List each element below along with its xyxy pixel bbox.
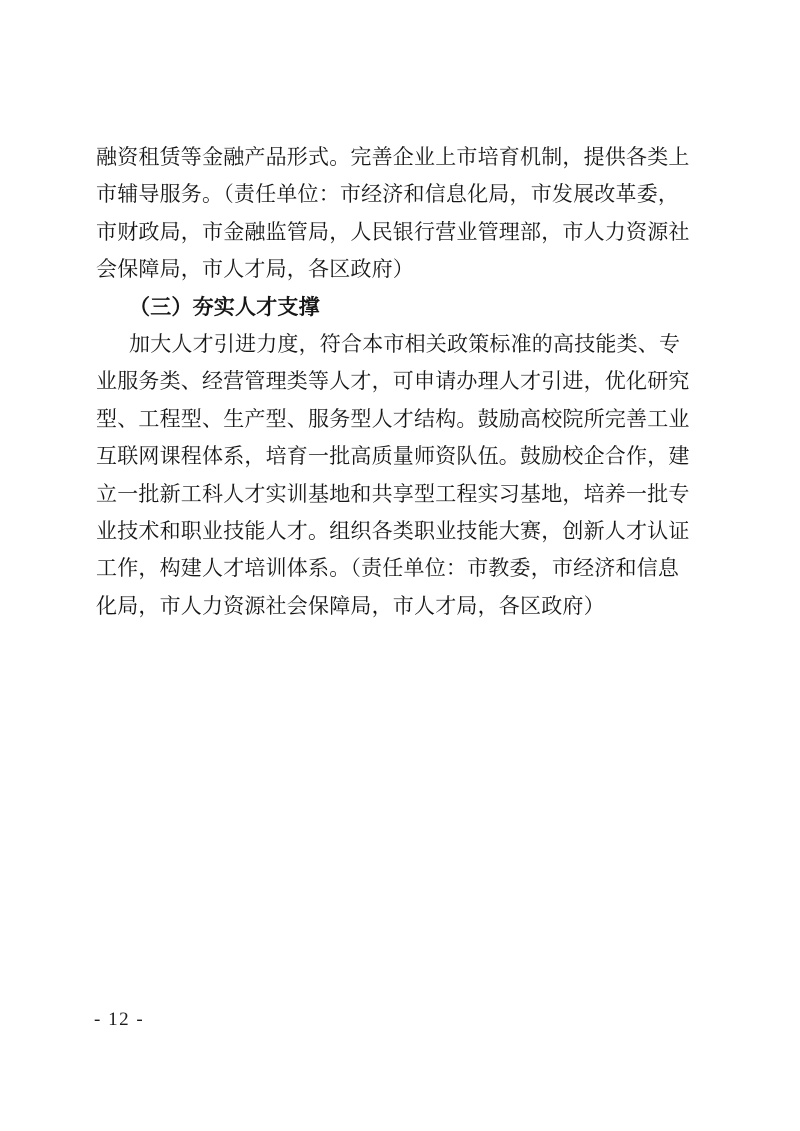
text-line: 市辅导服务。（责任单位：市经济和信息化局，市发展改革委，: [96, 176, 702, 213]
text-line: 化局，市人力资源社会保障局，市人才局，各区政府）: [96, 588, 702, 625]
text-line: 型、工程型、生产型、服务型人才结构。鼓励高校院所完善工业: [96, 401, 702, 438]
text-line: 融资租赁等金融产品形式。完善企业上市培育机制，提供各类上: [96, 139, 702, 176]
text-line: 工作，构建人才培训体系。（责任单位：市教委，市经济和信息: [96, 550, 702, 587]
text-line: 立一批新工科人才实训基地和共享型工程实习基地，培养一批专: [96, 476, 702, 513]
text-line: 互联网课程体系，培育一批高质量师资队伍。鼓励校企合作，建: [96, 438, 702, 475]
document-page: 融资租赁等金融产品形式。完善企业上市培育机制，提供各类上 市辅导服务。（责任单位…: [0, 0, 800, 1131]
text-line: 会保障局，市人才局，各区政府）: [96, 251, 702, 288]
document-body: 融资租赁等金融产品形式。完善企业上市培育机制，提供各类上 市辅导服务。（责任单位…: [96, 139, 702, 625]
page-number: - 12 -: [94, 1006, 144, 1034]
section-heading: （三）夯实人才支撑: [96, 289, 702, 326]
text-line: 业服务类、经营管理类等人才，可申请办理人才引进，优化研究: [96, 363, 702, 400]
text-line: 业技术和职业技能人才。组织各类职业技能大赛，创新人才认证: [96, 513, 702, 550]
text-line: 市财政局，市金融监管局，人民银行营业管理部，市人力资源社: [96, 214, 702, 251]
text-line: 加大人才引进力度，符合本市相关政策标准的高技能类、专: [96, 326, 702, 363]
